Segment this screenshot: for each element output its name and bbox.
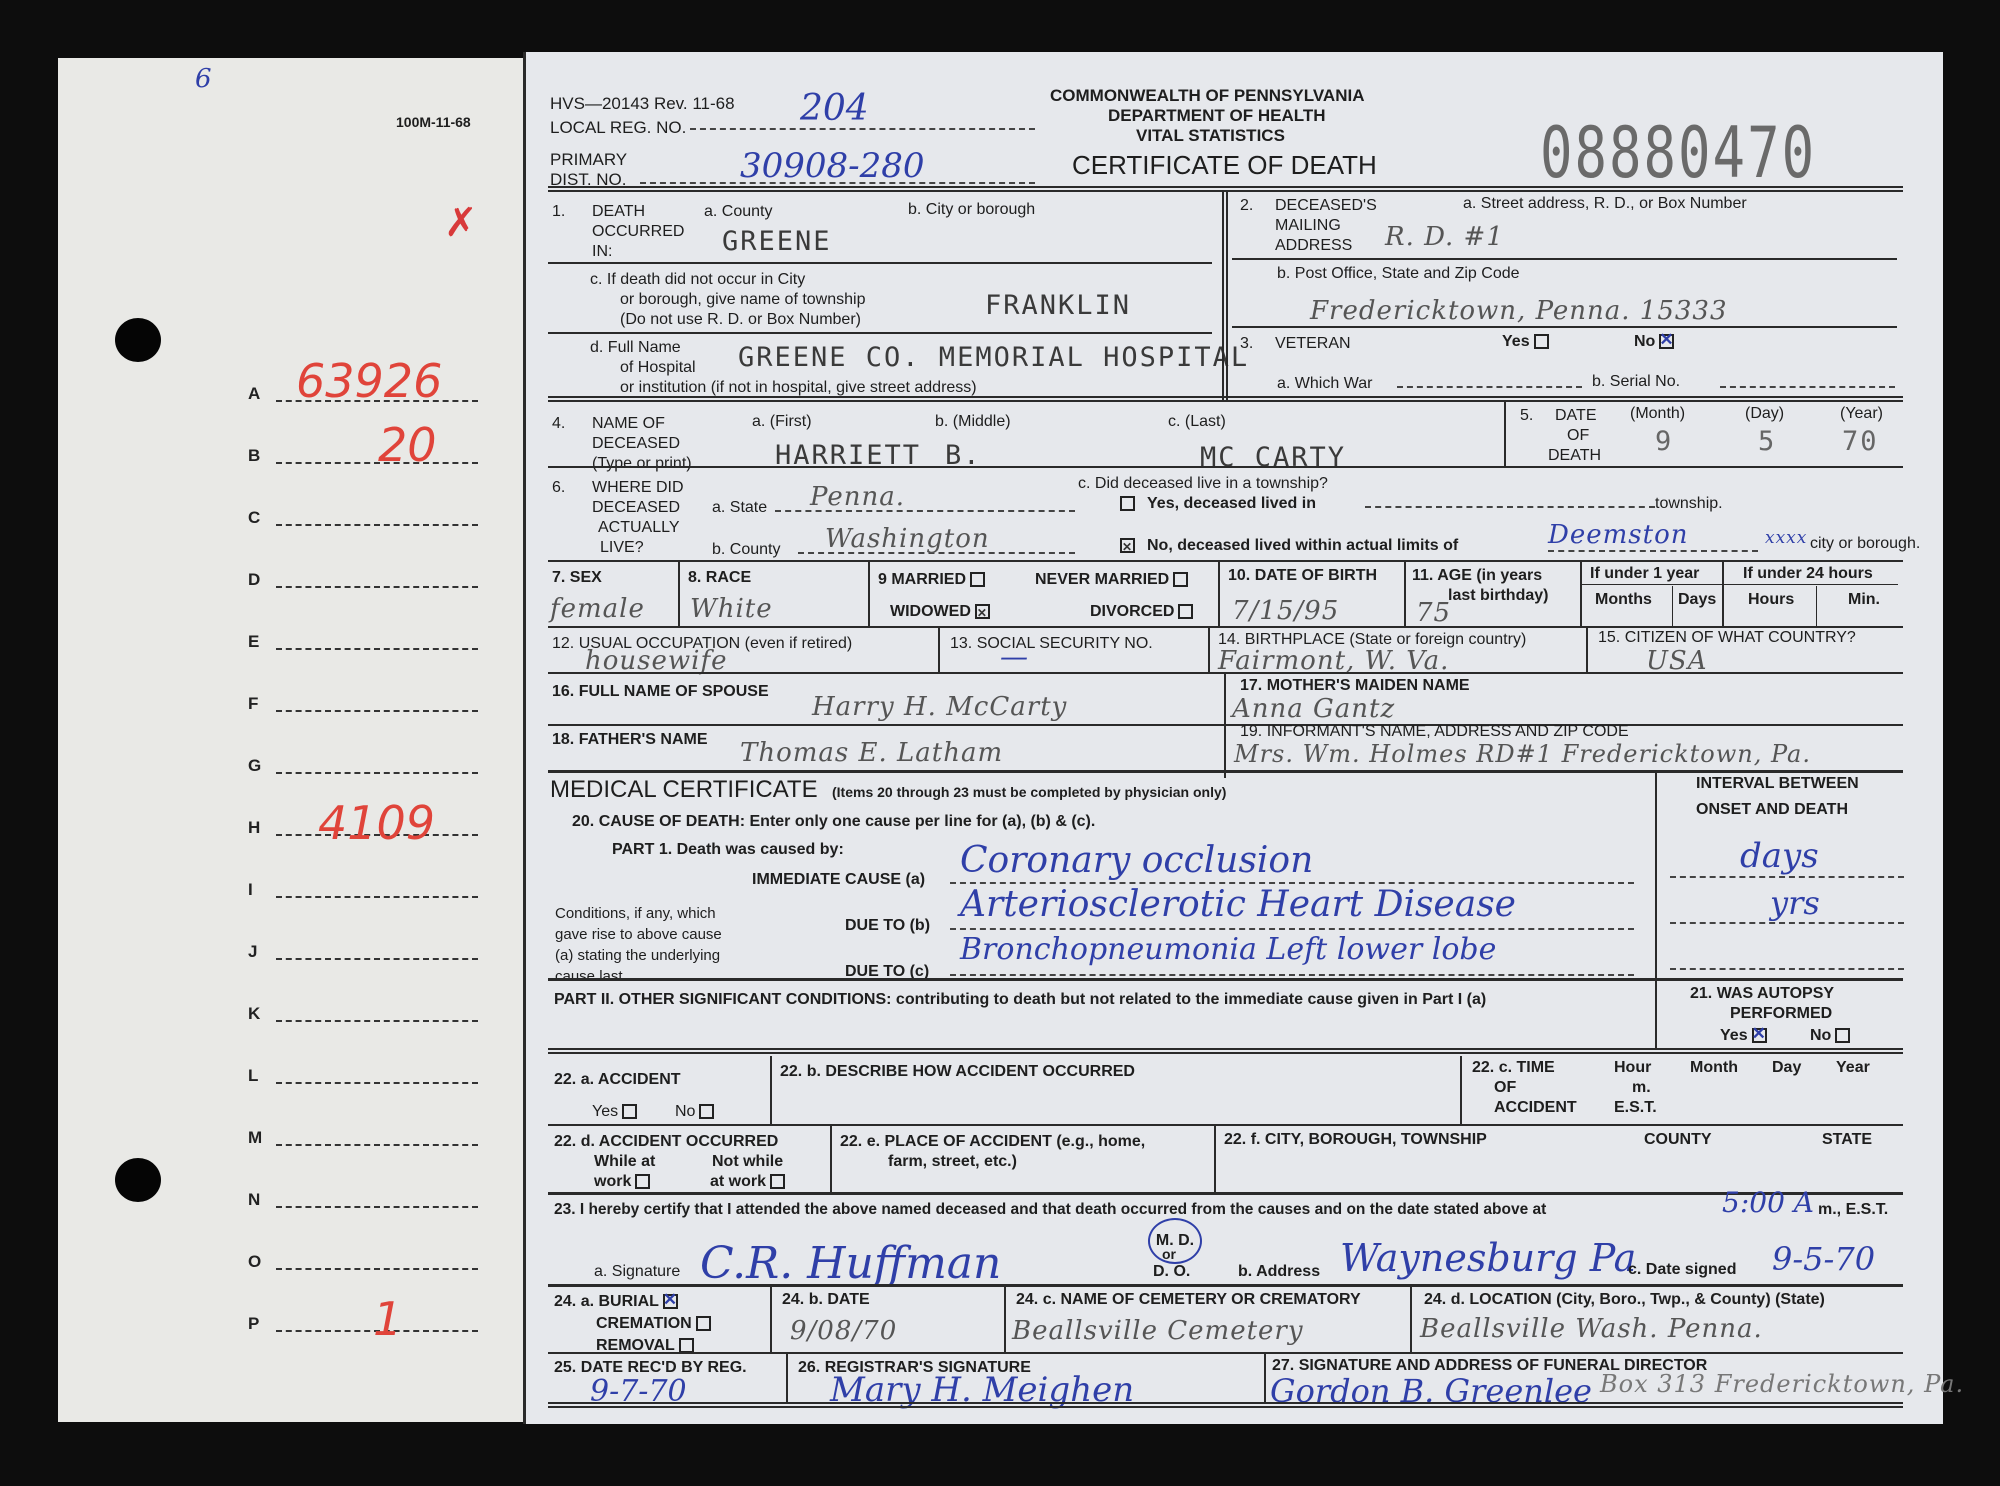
interval-b: yrs — [1770, 884, 1820, 922]
accident-no[interactable]: No — [675, 1102, 714, 1122]
married-option[interactable]: 9 MARRIED — [878, 570, 985, 590]
not-at-work-option[interactable]: at work — [710, 1172, 785, 1192]
stub-row-j: J — [248, 936, 478, 966]
divorced-option[interactable]: DIVORCED — [1090, 602, 1193, 622]
physician-signature: C.R. Huffman — [700, 1238, 1001, 1289]
form-number: HVS—20143 Rev. 11-68 — [550, 94, 735, 114]
cemetery-name: Beallsville Cemetery — [1012, 1316, 1304, 1346]
veteran-yes[interactable]: Yes — [1502, 332, 1549, 352]
local-reg-label: LOCAL REG. NO. — [550, 118, 686, 138]
while-at-work-option[interactable]: work — [594, 1172, 650, 1192]
county-of-death: GREENE — [722, 226, 832, 257]
primary-dist-value: 30908-280 — [740, 146, 925, 186]
stub-row-b: B20 — [248, 440, 478, 470]
due-to-b: Arteriosclerotic Heart Disease — [960, 884, 1516, 925]
stub-row-k: K — [248, 998, 478, 1028]
township-yes-option[interactable]: Yes, deceased lived in — [1120, 494, 1316, 514]
medical-title: MEDICAL CERTIFICATE — [550, 776, 818, 804]
residence-borough: Deemston — [1548, 520, 1688, 550]
local-reg-value: 204 — [800, 88, 869, 129]
stub-row-n: N — [248, 1184, 478, 1214]
punch-hole — [115, 318, 161, 362]
stub-row-a: A63926 — [248, 378, 478, 408]
agency-name: COMMONWEALTH OF PENNSYLVANIA — [1050, 86, 1364, 106]
date-signed: 9-5-70 — [1772, 1240, 1875, 1278]
stub-check-mark: ✗ — [444, 200, 478, 246]
certificate-stub — [58, 58, 523, 1422]
due-to-c: Bronchopneumonia Left lower lobe — [960, 932, 1496, 967]
burial-option[interactable]: 24. a. BURIAL — [554, 1292, 678, 1312]
veteran-no[interactable]: No — [1634, 332, 1674, 352]
immediate-cause: Coronary occlusion — [960, 840, 1313, 881]
cemetery-location: Beallsville Wash. Penna. — [1420, 1314, 1763, 1344]
age-value: 75 — [1416, 598, 1451, 628]
cremation-option[interactable]: CREMATION — [596, 1314, 711, 1334]
mother-maiden-name: Anna Gantz — [1232, 694, 1395, 724]
certificate-number: 08880470 — [1540, 112, 1816, 194]
autopsy-no[interactable]: No — [1810, 1026, 1850, 1046]
funeral-director-address: Box 313 Fredericktown, Pa. — [1600, 1370, 1964, 1398]
stub-row-i: I — [248, 874, 478, 904]
stub-form-code: 100M-11-68 — [396, 112, 471, 132]
never-married-option[interactable]: NEVER MARRIED — [1035, 570, 1188, 590]
stub-row-f: F — [248, 688, 478, 718]
primary-label: PRIMARY — [550, 150, 627, 170]
stub-row-e: E — [248, 626, 478, 656]
race-value: White — [690, 594, 773, 624]
disposition-date: 9/08/70 — [790, 1316, 897, 1346]
death-year: 70 — [1842, 426, 1879, 457]
stub-row-l: L — [248, 1060, 478, 1090]
stub-row-d: D — [248, 564, 478, 594]
punch-hole — [115, 1158, 161, 1202]
township-no-option[interactable]: No, deceased lived within actual limits … — [1120, 536, 1458, 556]
hospital-name: GREENE CO. MEMORIAL HOSPITAL — [738, 342, 1249, 373]
accident-yes[interactable]: Yes — [592, 1102, 637, 1122]
stub-row-c: C — [248, 502, 478, 532]
document-title: CERTIFICATE OF DEATH — [1072, 150, 1377, 180]
residence-state: Penna. — [810, 482, 905, 512]
death-month: 9 — [1655, 426, 1673, 457]
physician-address: Waynesburg Pa — [1340, 1236, 1636, 1280]
stub-row-p: P1 — [248, 1308, 478, 1338]
time-of-death: 5:00 A — [1722, 1186, 1814, 1219]
stub-row-g: G — [248, 750, 478, 780]
last-name: MC CARTY — [1200, 442, 1346, 473]
street-address: R. D. #1 — [1385, 222, 1504, 252]
informant-value: Mrs. Wm. Holmes RD#1 Fredericktown, Pa. — [1234, 740, 1811, 768]
ssn-value: — — [1000, 640, 1028, 673]
date-of-birth: 7/15/95 — [1232, 596, 1339, 626]
stub-row-m: M — [248, 1122, 478, 1152]
widowed-option[interactable]: WIDOWED — [890, 602, 990, 622]
father-name: Thomas E. Latham — [740, 738, 1003, 768]
stub-corner-mark: 6 — [195, 64, 212, 94]
sex-value: female — [550, 594, 645, 624]
death-day: 5 — [1758, 426, 1776, 457]
post-office: Fredericktown, Penna. 15333 — [1310, 296, 1728, 326]
residence-county: Washington — [825, 524, 990, 554]
township-of-death: FRANKLIN — [985, 290, 1131, 321]
interval-a: days — [1740, 836, 1819, 876]
stub-row-o: O — [248, 1246, 478, 1276]
spouse-name: Harry H. McCarty — [812, 692, 1067, 722]
autopsy-yes[interactable]: Yes — [1720, 1026, 1767, 1046]
stub-row-h: H4109 — [248, 812, 478, 842]
